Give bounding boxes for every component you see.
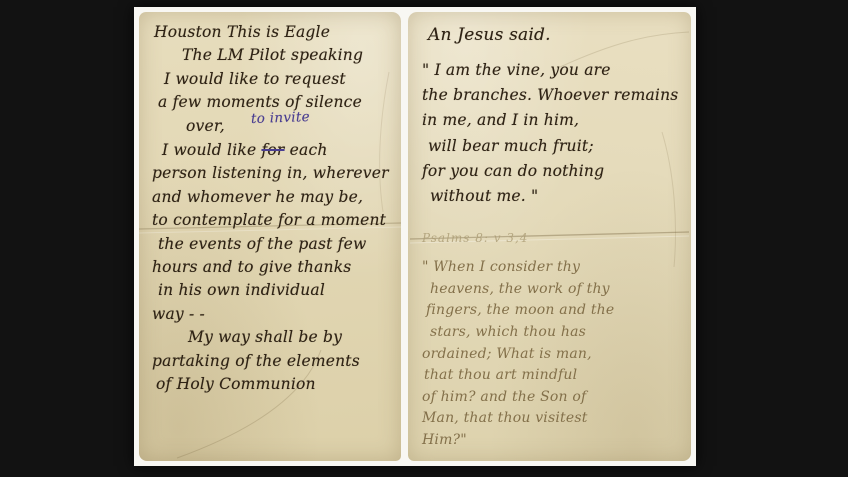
handwriting-text: person listening in, wherever xyxy=(152,164,389,182)
handwriting-text: way - - xyxy=(152,305,205,323)
blue-ink-annotation: to invite xyxy=(251,106,311,131)
handwriting-line: over,to invite xyxy=(186,115,391,139)
handwriting-text: Him?" xyxy=(422,432,467,448)
handwriting-line: partaking of the elements xyxy=(152,350,391,373)
handwriting-line: I would like for each xyxy=(162,139,391,162)
handwriting-line: " When I consider thy xyxy=(422,257,683,279)
handwriting-text: hours and to give thanks xyxy=(152,258,351,276)
handwriting-line: that thou art mindful xyxy=(424,365,683,387)
notecard-right: An Jesus said." I am the vine, you areth… xyxy=(408,12,691,461)
handwriting-text: for you can do nothing xyxy=(422,162,604,180)
handwriting-line: Houston This is Eagle xyxy=(154,21,391,44)
handwriting-text: the branches. Whoever remains xyxy=(422,86,678,104)
handwriting-line: fingers, the moon and the xyxy=(426,300,683,322)
handwriting-line: way - - xyxy=(152,303,391,326)
handwriting-line: " I am the vine, you are xyxy=(422,58,683,83)
handwriting-text: Man, that thou visitest xyxy=(422,410,588,426)
handwriting-line: without me. " xyxy=(430,184,683,209)
handwriting-text: in his own individual xyxy=(158,281,325,299)
handwriting-text: to contemplate for a moment xyxy=(152,211,386,229)
handwriting-text: each xyxy=(285,141,328,159)
handwriting-text: stars, which thou has xyxy=(430,324,586,340)
handwriting-line: hours and to give thanks xyxy=(152,256,391,279)
handwriting-line: and whomever he may be, xyxy=(152,186,391,209)
handwriting-text: in me, and I in him, xyxy=(422,111,579,129)
handwriting-text: partaking of the elements xyxy=(152,352,360,370)
black-background: Houston This is EagleThe LM Pilot speaki… xyxy=(0,0,848,477)
handwriting-text: " When I consider thy xyxy=(422,259,580,275)
handwriting-line: person listening in, wherever xyxy=(152,162,391,185)
handwriting-line: Psalms 8: v 3,4 xyxy=(422,231,683,245)
handwriting-line: for you can do nothing xyxy=(422,159,683,184)
handwriting-text: An Jesus said. xyxy=(428,25,551,45)
handwriting-line: the branches. Whoever remains xyxy=(422,83,683,108)
handwriting-line: Man, that thou visitest xyxy=(422,408,683,430)
handwriting-line: I would like to request xyxy=(164,68,391,91)
handwriting-line: to contemplate for a moment xyxy=(152,209,391,232)
handwriting-text: without me. " xyxy=(430,187,538,205)
handwriting-line: ordained; What is man, xyxy=(422,344,683,366)
handwriting-text: Houston This is Eagle xyxy=(154,23,330,41)
handwriting-text: of Holy Communion xyxy=(156,375,316,393)
notecard-left: Houston This is EagleThe LM Pilot speaki… xyxy=(139,12,401,461)
handwriting-text: The LM Pilot speaking xyxy=(182,46,363,64)
struck-out-word: for xyxy=(261,141,284,159)
notecards-photo: Houston This is EagleThe LM Pilot speaki… xyxy=(134,7,696,466)
handwriting-line: heavens, the work of thy xyxy=(430,279,683,301)
handwriting-text: over, xyxy=(186,117,225,135)
handwriting-text: ordained; What is man, xyxy=(422,346,592,362)
handwriting-text: fingers, the moon and the xyxy=(426,302,614,318)
handwriting-line: An Jesus said. xyxy=(428,20,683,50)
handwriting-text: will bear much fruit; xyxy=(428,137,594,155)
handwriting-line: in me, and I in him, xyxy=(422,108,683,133)
handwriting-text: " I am the vine, you are xyxy=(422,61,611,79)
handwriting-text: heavens, the work of thy xyxy=(430,281,610,297)
handwriting-line: in his own individual xyxy=(158,279,391,302)
handwriting-line: of Holy Communion xyxy=(156,373,391,396)
handwriting-line: Him?" xyxy=(422,430,683,452)
handwriting-text: My way shall be by xyxy=(188,328,342,346)
handwriting-line: The LM Pilot speaking xyxy=(182,44,391,67)
handwriting-text: the events of the past few xyxy=(158,235,366,253)
handwriting-text: that thou art mindful xyxy=(424,367,577,383)
handwriting-text: and whomever he may be, xyxy=(152,188,363,206)
handwriting-line: stars, which thou has xyxy=(430,322,683,344)
handwriting-text: I would like xyxy=(162,141,261,159)
handwriting-line: My way shall be by xyxy=(188,326,391,349)
handwriting-text: I would like to request xyxy=(164,70,346,88)
handwriting-text: of him? and the Son of xyxy=(422,389,586,405)
handwriting-line: the events of the past few xyxy=(158,233,391,256)
handwriting-text: Psalms 8: v 3,4 xyxy=(422,231,528,245)
handwriting-line: of him? and the Son of xyxy=(422,387,683,409)
handwriting-line: will bear much fruit; xyxy=(428,134,683,159)
